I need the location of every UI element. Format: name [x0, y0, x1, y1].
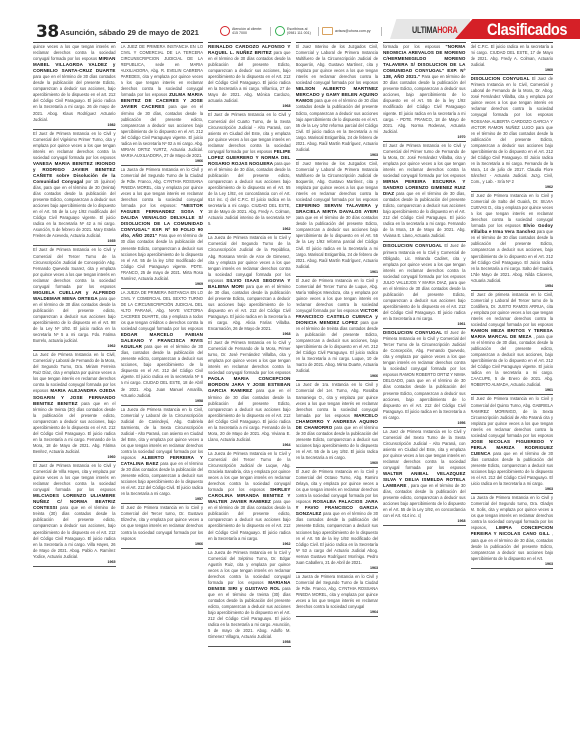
notice-code: 1964 [208, 443, 291, 447]
notice-text: para que en el término de 30 días contad… [208, 499, 291, 540]
notice-names: CEFERINO SERVIN TALAVERA y GRACIELA MIRT… [296, 203, 379, 214]
legal-notice: El Juez de Primera Instancia en lo Civil… [296, 468, 379, 573]
legal-notice: El Juez de Primera Instancia en lo Civil… [121, 504, 204, 548]
notice-text: , para que en el término de 30 días, con… [471, 334, 554, 387]
notice-code: 1963 [296, 153, 379, 157]
legal-notice: REINALDO CARDOZO ALFONSO Y RAQUEL L. NUÑ… [208, 43, 291, 111]
column-5: formada por los esposos "NORMA NEOMICIA … [383, 42, 466, 662]
legal-notice: El Juez Interino de los Juzgados Civil, … [296, 43, 379, 160]
notice-code: 1963 [471, 487, 554, 491]
notice-text: El Juez Interino de los Juzgados Civil, … [296, 44, 379, 85]
legal-notice: El Juez de primera instancia en lo Civil… [471, 291, 554, 396]
notice-text: El Juez de primera instancia en lo Civil… [471, 292, 554, 327]
legal-notice: La Jueza de Primera Instancia en lo Civi… [471, 494, 554, 569]
legal-notice: El Juez de Primera Instancia en lo Civil… [208, 111, 291, 234]
page-header: 38 Asunción, sábado 29 de mayo de 2021 A… [0, 0, 580, 40]
brand-logo: ULTIMAHORA [412, 25, 457, 35]
notice-text: La Juez de Primera Instancia en lo Civil… [383, 429, 466, 470]
notice-code: 1964 [296, 610, 379, 614]
notice-text: para que en el término de 30 días contad… [296, 425, 379, 460]
notice-code: 1962 [471, 185, 554, 189]
notice-code: 1963 [471, 562, 554, 566]
notice-code: 1935 [33, 239, 116, 243]
notice-code: 1954 [471, 284, 554, 288]
notice-text: para que en el término de treinta días c… [296, 320, 379, 373]
notice-names: DISOLUCION CONYUGAL [471, 76, 530, 81]
notice-text: para que en el término de 30 días, conta… [208, 284, 291, 331]
legal-notice: El Juez de Primera Instancia en lo Civil… [296, 277, 379, 382]
legal-notice: El Juez Interino de los Juzgados Civil, … [296, 160, 379, 277]
legal-notice: El Juez de Primera Instancia en lo Civil… [383, 142, 466, 243]
notice-text: La Jueza de Primera Instancia en lo Civi… [121, 167, 204, 208]
legal-notice: El Juez de Primera Instancia en lo Civil… [471, 192, 554, 291]
notice-text: El Juez de Primera Instancia en lo Civil… [208, 340, 291, 375]
divider [381, 27, 382, 36]
notice-code: 1969 [121, 282, 204, 286]
notice-text: para que en el término de 30 días, conta… [121, 344, 204, 397]
classifieds-columns: quince veces a los que tengan interés en… [33, 42, 553, 662]
section-title: Clasificados [487, 20, 567, 40]
contact-phone-label: Atención al cliente: 415 7000 [232, 27, 262, 36]
notice-code: 1966 [296, 374, 379, 378]
contact-whatsapp[interactable]: Escribinos al (0981 111 001) [275, 24, 311, 38]
notice-text: LA JUEZ DE PRIMERA INSTANCIA EN LO CIVIL… [121, 44, 204, 97]
notice-code: 1968 [208, 332, 291, 336]
page-number: 38 [36, 22, 59, 42]
notice-text: para que en el término de 30 días, conta… [121, 104, 204, 157]
notice-code: 1962 [208, 227, 291, 231]
notice-code: 1963 [296, 566, 379, 570]
notice-code: 1960 [471, 68, 554, 72]
phone-icon [220, 26, 230, 36]
notice-text: La Jueza de Primera Instancia en lo Civi… [296, 574, 379, 609]
notice-code: 1968 [383, 519, 466, 523]
notice-text: para que en el término de 30 días contad… [296, 215, 379, 268]
column-1: quince veces a los que tengan interés en… [33, 42, 116, 662]
notice-text: El Juez de Primera Instancia en lo Civil… [383, 143, 466, 178]
contact-email-label: avisos@uhora.com.py [335, 29, 371, 33]
notice-code: 1968 [208, 104, 291, 108]
brand-logo-part1: ULTIMA [412, 25, 437, 35]
notice-text: El Juez de primera Instancia en lo Civil… [383, 243, 466, 321]
legal-notice: DISOLUCION CONYUGAL El Juez de Primera I… [471, 75, 554, 192]
brand-logo-part2: HORA [437, 25, 457, 35]
notice-code: 1966 [121, 159, 204, 163]
notice-text: La Jueza de Primera Instancia en lo Civi… [121, 407, 204, 460]
mail-icon [322, 27, 333, 35]
notice-names: DISOLUCION CONYUGAL [383, 243, 442, 248]
notice-text: La Jueza de Primera Instancia en lo Civi… [208, 235, 291, 282]
notice-text: El Juez de Primera Instancia en lo Civil… [208, 112, 291, 153]
notice-text: La Jueza de Primera Instancia en lo Civi… [208, 451, 291, 492]
notice-code: 1960 [296, 461, 379, 465]
contact-phone[interactable]: Atención al cliente: 415 7000 [220, 24, 262, 38]
notice-text: para que en el término de treinta (30) d… [33, 401, 116, 454]
brand-banner: ULTIMAHORA Clasificados [390, 19, 580, 39]
notice-text: La Juez de Primera Instancia en lo Civil… [33, 352, 116, 393]
notice-code: 1962 [208, 542, 291, 546]
notice-text: para que en el término de 30 días contad… [208, 50, 291, 103]
notice-code: 1982 [33, 123, 116, 127]
notice-text: para que en el término de 30 días contad… [471, 451, 554, 486]
notice-text: El Juez de Primera Instancia en lo Civil… [121, 505, 204, 540]
legal-notice: La Juez de Primera Instancia en lo Civil… [33, 351, 116, 462]
legal-notice: quince veces a los que tengan interés en… [33, 43, 116, 130]
notice-text: para que en el término de 30 días contad… [208, 388, 291, 441]
notice-code: 1956 [383, 421, 466, 425]
legal-notice: La Jueza de Primera Instancia en lo Civi… [208, 549, 291, 648]
notice-text: del C.P.C. El juicio radica en la secret… [471, 44, 554, 67]
notice-code: 1970 [383, 135, 466, 139]
notice-text: El Juez de Primera Instancia en lo Civil… [33, 463, 116, 492]
column-2: LA JUEZ DE PRIMERA INSTANCIA EN LO CIVIL… [121, 42, 204, 662]
notice-text: para que en el término de treinta (30) d… [208, 586, 291, 639]
notice-code: 1957 [121, 497, 204, 501]
legal-notice: DISOLUCION CONYUGAL El Juez de Primera I… [383, 329, 466, 428]
divider [270, 27, 271, 36]
notice-code: 1958 [121, 399, 204, 403]
notice-text: para que en el término de 30 días contad… [471, 229, 554, 282]
notice-code: 1965 [33, 560, 116, 564]
notice-text: por 15 (quince) días, para que en el tér… [33, 179, 116, 238]
notice-text: El Juez de Primera Instancia en lo Civil… [33, 131, 116, 160]
notice-code: 1960 [33, 455, 116, 459]
notice-text: para que en el término de 30 días, conta… [208, 161, 291, 226]
notice-names: DISOLUCION CONYUGAL [383, 330, 442, 335]
notice-text: El Juez de Primera Instancia en lo Civil… [33, 247, 116, 288]
legal-notice: El Juez de Primera Instancia en lo Civil… [471, 395, 554, 494]
legal-notice: del C.P.C. El juicio radica en la secret… [471, 43, 554, 75]
notice-text: El Juez de Primera Instancia en lo Civil… [471, 76, 554, 184]
notice-text: para que en el término de 30 días contad… [296, 98, 379, 151]
legal-notice: El Juez de Primera Instancia en lo Civil… [33, 246, 116, 351]
notice-text: para que en el término de treinta (30) d… [33, 505, 116, 558]
notice-code: 1961 [471, 388, 554, 392]
publication-date: Asunción, sábado 29 de mayo de 2021 [60, 28, 199, 37]
column-4: El Juez Interino de los Juzgados Civil, … [296, 42, 379, 662]
column-6: del C.P.C. El juicio radica en la secret… [471, 42, 554, 662]
notice-text: Para que en término de 30 días contados … [383, 74, 466, 133]
notice-text: para que en el término de 30 días, conta… [383, 191, 466, 238]
notice-code: 1966 [121, 542, 204, 546]
notice-code: 1962 [33, 344, 116, 348]
notice-code: 1961 [383, 322, 466, 326]
notice-text: El Juez de Primera Instancia en lo Civil… [471, 396, 554, 437]
contact-email[interactable]: avisos@uhora.com.py [322, 24, 371, 38]
notice-text: para que en el término de 30 días contad… [33, 296, 116, 343]
legal-notice: La Juez de 1ra. Instancia en lo Civil y … [296, 381, 379, 468]
legal-notice: La Jueza de Primera Instancia en lo Civi… [121, 166, 204, 289]
legal-notice: El Juez de Primera Instancia en lo Civil… [33, 130, 116, 247]
notice-text: para que en el término de 30 días contad… [296, 511, 379, 564]
notice-text: El Juez Interino de los Juzgados Civil, … [296, 161, 379, 202]
whatsapp-icon [275, 26, 285, 36]
notice-text: , para que en el término de 30 días, con… [383, 483, 466, 518]
legal-notice: El Juez de Primera Instancia en lo Civil… [33, 462, 116, 567]
legal-notice: La Juez de Primera Instancia en lo Civil… [383, 428, 466, 527]
legal-notice: La Jueza de Primera Instancia en lo Civi… [296, 573, 379, 617]
notice-code: 1961 [296, 270, 379, 274]
notice-text: Para que en término de 30 días contados … [121, 233, 204, 280]
legal-notice: LA JUEZ DE PRIMERA INSTANCIA EN LO CIVIL… [121, 43, 204, 166]
divider [318, 27, 319, 36]
legal-notice: La Jueza de Primera Instancia en lo Civi… [121, 406, 204, 505]
legal-notice: DISOLUCION CONYUGAL El Juez de primera I… [383, 242, 466, 329]
notice-text: LA JUEZA DE PRIMERA INSTANCIA EN LO CIVI… [121, 290, 204, 331]
notice-text: para que en el término de 30 días contad… [121, 461, 204, 496]
legal-notice: formada por los esposos "NORMA NEOMICIA … [383, 43, 466, 142]
column-3: REINALDO CARDOZO ALFONSO Y RAQUEL L. NUÑ… [208, 42, 291, 662]
legal-notice: La Jueza de Primera Instancia en lo Civi… [208, 450, 291, 549]
notice-text: formada por los esposos [383, 44, 440, 49]
notice-text: El Juez de Primera Instancia en lo Civil… [383, 330, 466, 420]
legal-notice: LA JUEZA DE PRIMERA INSTANCIA EN LO CIVI… [121, 289, 204, 406]
contact-whatsapp-label: Escribinos al (0981 111 001) [287, 27, 311, 36]
legal-notice: La Jueza de Primera Instancia en lo Civi… [208, 234, 291, 339]
notice-text: para que en el término de 30 días contad… [33, 74, 116, 121]
notice-code: 1958 [208, 640, 291, 644]
legal-notice: El Juez de Primera Instancia en lo Civil… [208, 339, 291, 450]
